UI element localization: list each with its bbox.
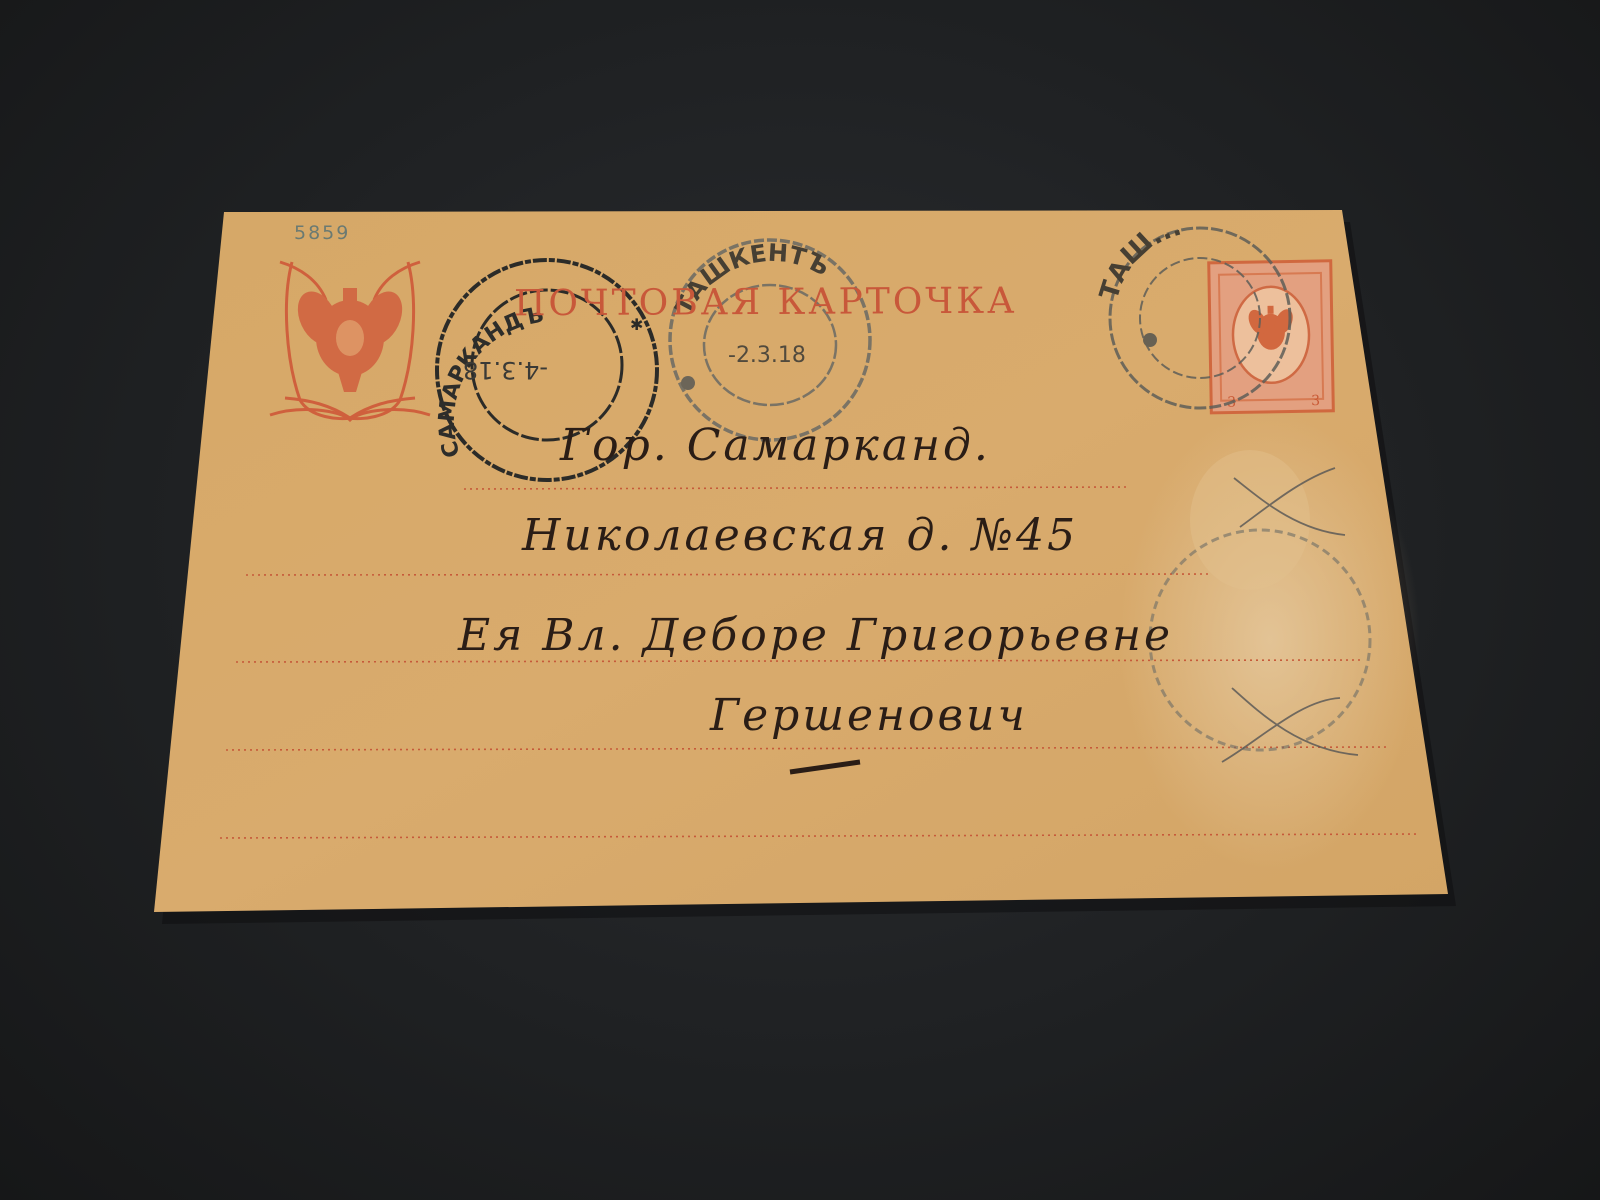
address-line-recipient: Ея Вл. Деборе Григорьевне bbox=[458, 610, 1173, 661]
stamp-denomination-right: 3 bbox=[1311, 393, 1320, 409]
postmark-date-samarkand: -4.3.18 bbox=[463, 356, 548, 384]
postcard-title: ПОЧТОВАЯ КАРТОЧКА bbox=[514, 281, 1018, 325]
address-line-street: Николаевская д. №45 bbox=[522, 510, 1078, 561]
postcard: 3 3 САМАРКАНДЪ -4.3.18 ✱ ТАШКЕНТЪ -2.3.1… bbox=[0, 0, 1600, 1200]
postcard-body: 3 3 САМАРКАНДЪ -4.3.18 ✱ ТАШКЕНТЪ -2.3.1… bbox=[0, 0, 1600, 1200]
address-line-city: Гор. Самарканд. bbox=[560, 420, 991, 471]
address-line-surname: Гершенович bbox=[710, 690, 1028, 741]
postmark-date-tashkent: -2.3.18 bbox=[728, 343, 806, 368]
catalog-number: 5859 bbox=[294, 222, 350, 244]
postage-stamp: 3 3 bbox=[1209, 261, 1334, 413]
